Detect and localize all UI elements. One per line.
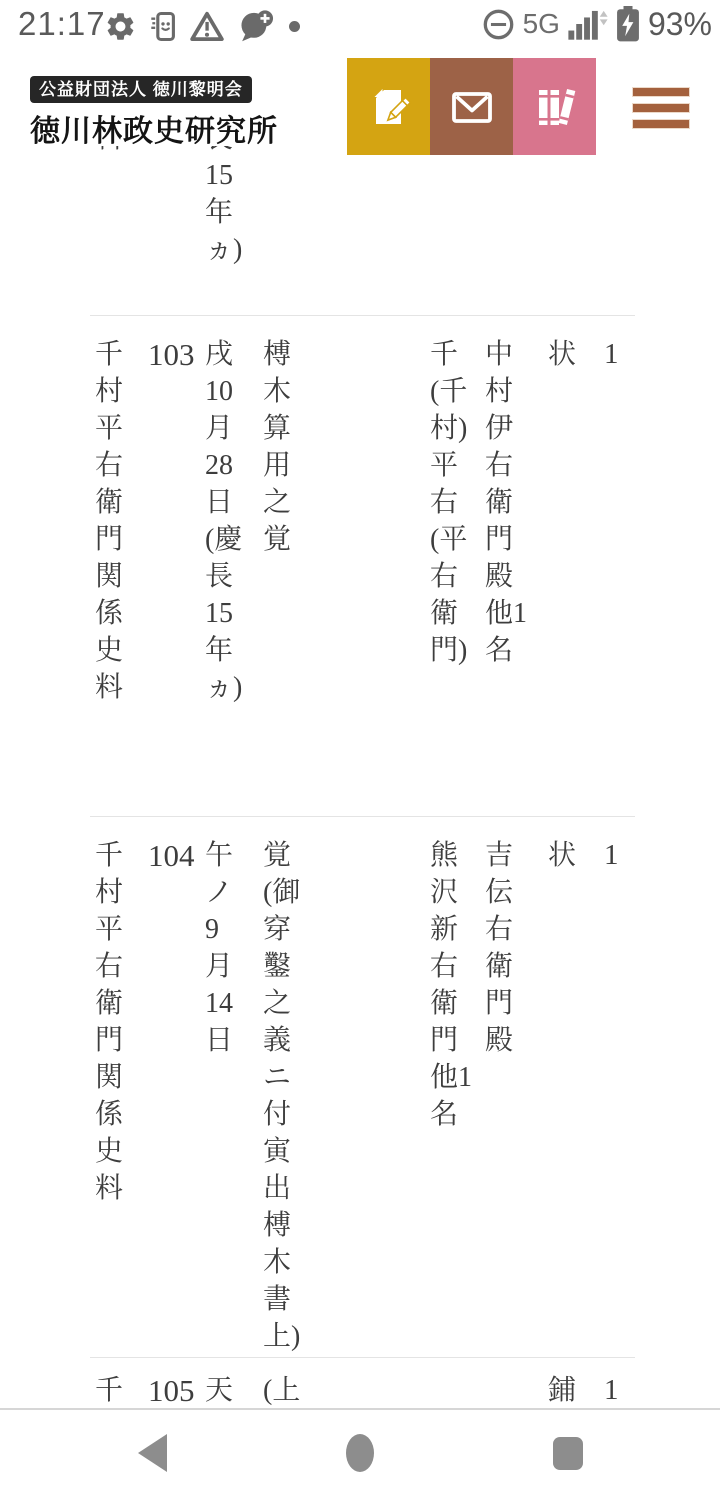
cell-title xyxy=(245,146,300,315)
books-button[interactable] xyxy=(513,58,596,155)
notification-dot xyxy=(289,21,300,32)
status-bar: 21:17 xyxy=(0,0,720,48)
cell-title: 榑木算用之覚 xyxy=(245,316,300,816)
site-header: 公益財団法人 徳川黎明会 徳川林政史研究所 xyxy=(0,48,720,146)
phone-screen: 21:17 xyxy=(0,0,720,1496)
cell-number xyxy=(128,146,200,315)
cell-spacer xyxy=(300,817,420,1357)
write-button[interactable] xyxy=(347,58,430,155)
table-row: 千村平右衛門関係史料 103 戌10月28日(慶長15年ヵ) 榑木算用之覚 千(… xyxy=(90,315,635,816)
cell-quantity: 1 xyxy=(590,316,635,816)
hamburger-icon xyxy=(632,87,690,97)
home-button[interactable] xyxy=(300,1410,420,1496)
cell-number: 105 xyxy=(128,1358,200,1410)
cell-recipient xyxy=(475,146,535,315)
cell-form: 鋪 xyxy=(535,1358,590,1410)
note-pencil-icon xyxy=(365,83,413,131)
cell-collection-name: 千村平右衛門関係史料 xyxy=(90,316,128,816)
envelope-icon xyxy=(448,83,496,131)
cell-number: 104 xyxy=(128,817,200,1357)
warning-icon xyxy=(189,10,225,42)
cell-date: 長15年ヵ) xyxy=(200,146,245,315)
cell-sender: 熊沢新右衛門他1名 xyxy=(420,817,475,1357)
status-time: 21:17 xyxy=(18,5,106,43)
android-nav-bar xyxy=(0,1408,720,1496)
cell-collection-name: 千村平右衛門関係史料 xyxy=(90,817,128,1357)
table-row: 千村平右衛門関係史料 104 午ノ9月14日 覚(御穿鑿之義ニ付寅出榑木書上) … xyxy=(90,816,635,1357)
settings-icon xyxy=(104,10,137,43)
cell-recipient: 吉伝右衛門殿 xyxy=(475,817,535,1357)
cell-collection-name: 千村 xyxy=(90,1358,128,1410)
cell-spacer xyxy=(300,146,420,315)
battery-charging-icon xyxy=(616,6,640,42)
mail-button[interactable] xyxy=(430,58,513,155)
cell-sender xyxy=(420,146,475,315)
document-list: 料 長15年ヵ) 千村平右衛門関係史料 103 戌10月28日(慶長15年ヵ) … xyxy=(0,146,720,1410)
recents-icon xyxy=(553,1437,583,1470)
cell-collection-name: 料 xyxy=(90,146,128,315)
cell-form: 状 xyxy=(535,316,590,816)
chat-add-icon xyxy=(238,9,274,43)
table-row-partial: 料 長15年ヵ) xyxy=(90,146,635,315)
home-icon xyxy=(346,1434,374,1472)
status-left-icons xyxy=(104,8,300,44)
cell-date: 戌10月28日(慶長15年ヵ) xyxy=(200,316,245,816)
signal-strength-icon xyxy=(568,7,608,41)
cell-form xyxy=(535,146,590,315)
cell-quantity xyxy=(590,146,635,315)
cell-form: 状 xyxy=(535,817,590,1357)
cell-quantity: 1 xyxy=(590,1358,635,1410)
clipped-text: 長15年ヵ) xyxy=(205,146,245,268)
cell-sender: 千(千村)平右(平右衛門) xyxy=(420,316,475,816)
status-right-icons: 5G 93% xyxy=(482,5,712,43)
cell-title: 覚(御穿鑿之義ニ付寅出榑木書上) xyxy=(245,817,300,1357)
do-not-disturb-icon xyxy=(482,8,515,41)
document-table: 料 長15年ヵ) 千村平右衛門関係史料 103 戌10月28日(慶長15年ヵ) … xyxy=(90,146,635,1410)
back-button[interactable] xyxy=(92,1410,212,1496)
org-badge: 公益財団法人 徳川黎明会 xyxy=(30,76,252,103)
cell-recipient: 中村伊右衛門殿他1名 xyxy=(475,316,535,816)
cell-spacer xyxy=(300,1358,420,1410)
site-logo-link[interactable]: 公益財団法人 徳川黎明会 徳川林政史研究所 xyxy=(30,76,278,150)
table-row: 千村 105 天保 (上納 鋪 1 xyxy=(90,1357,635,1410)
cell-recipient xyxy=(475,1358,535,1410)
header-action-buttons xyxy=(347,58,596,155)
hamburger-icon xyxy=(632,119,690,129)
site-title: 徳川林政史研究所 xyxy=(30,106,278,150)
document-table-body: 千村平右衛門関係史料 103 戌10月28日(慶長15年ヵ) 榑木算用之覚 千(… xyxy=(90,315,635,1410)
cell-number: 103 xyxy=(128,316,200,816)
battery-percent: 93% xyxy=(648,6,712,43)
cell-date: 午ノ9月14日 xyxy=(200,817,245,1357)
cell-sender xyxy=(420,1358,475,1410)
network-label: 5G xyxy=(523,8,560,40)
back-icon xyxy=(138,1434,167,1472)
cell-date: 天保 xyxy=(200,1358,245,1410)
device-assistant-icon xyxy=(150,10,176,43)
cell-spacer xyxy=(300,316,420,816)
recents-button[interactable] xyxy=(508,1410,628,1496)
books-icon xyxy=(531,83,579,131)
menu-button[interactable] xyxy=(632,87,690,135)
hamburger-icon xyxy=(632,103,690,113)
cell-quantity: 1 xyxy=(590,817,635,1357)
cell-title: (上納 xyxy=(245,1358,300,1410)
